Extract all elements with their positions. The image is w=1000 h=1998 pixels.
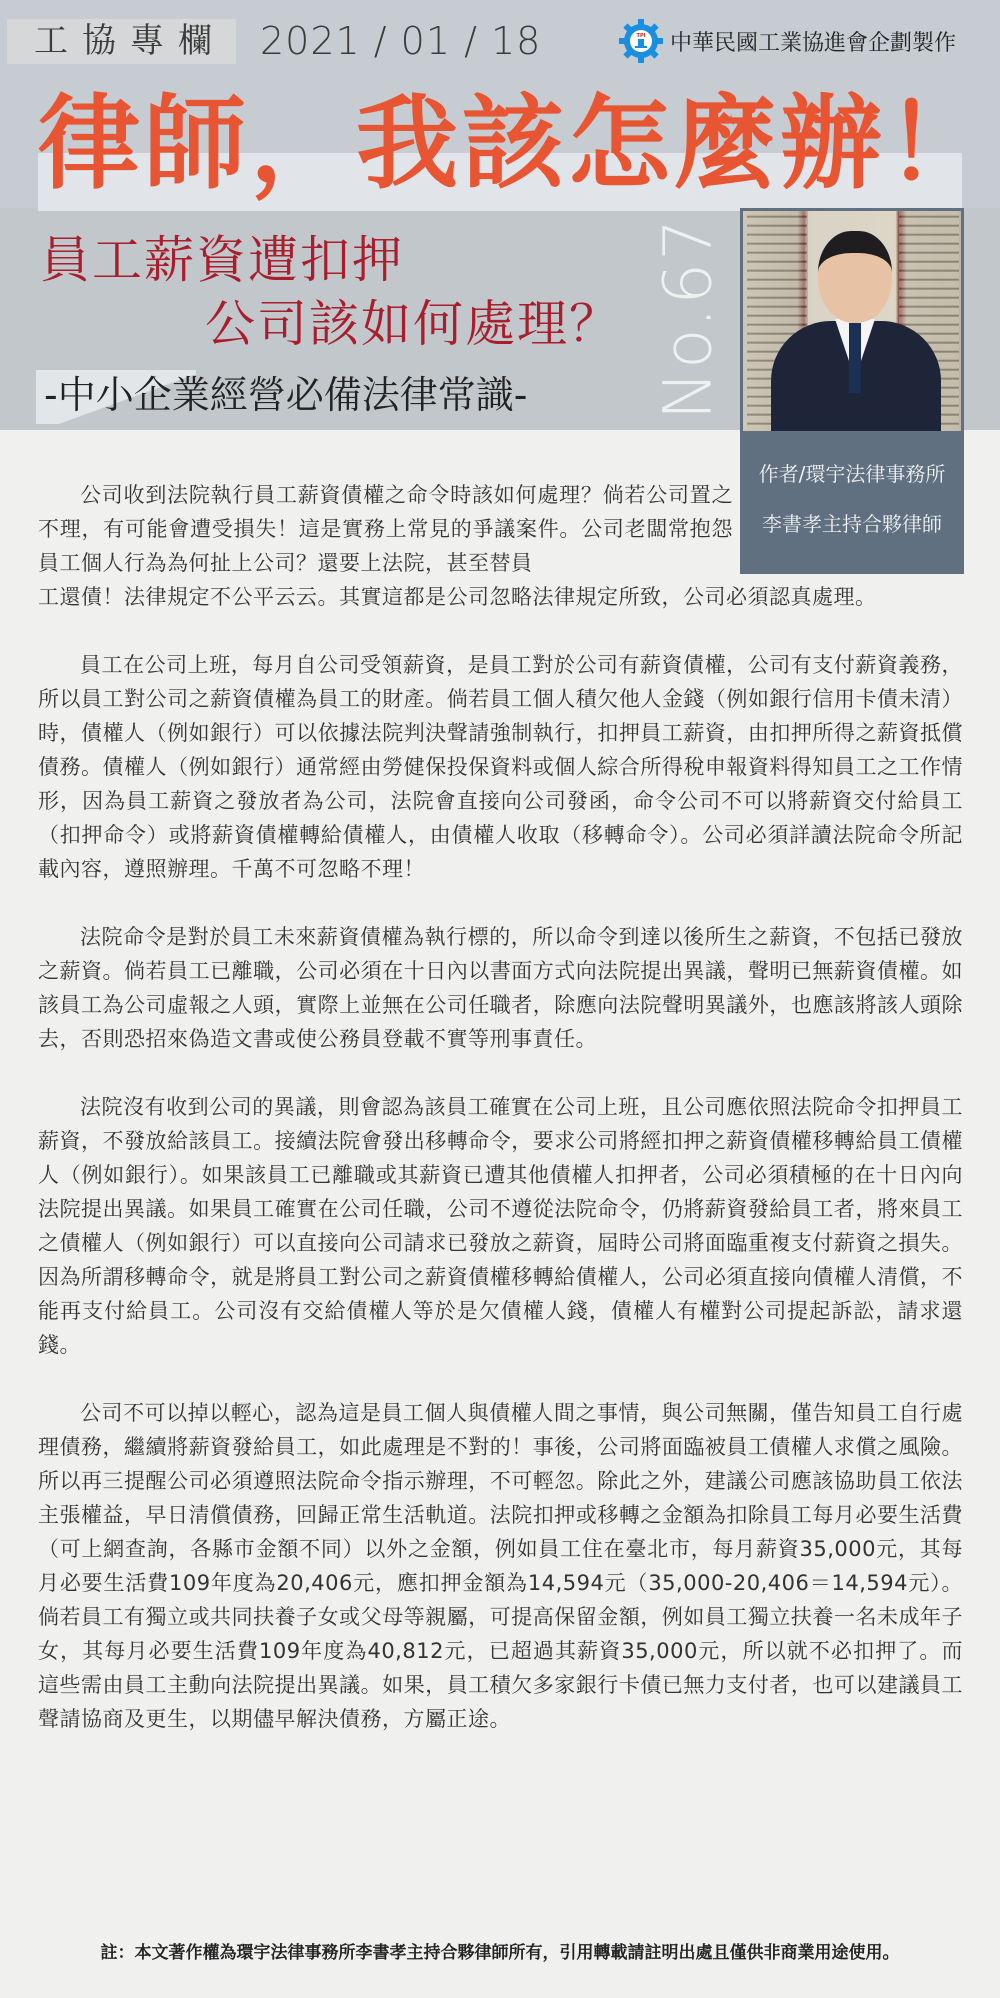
publish-date: 2021 / 01 / 18 xyxy=(260,19,541,64)
gear-logo-icon: TPI xyxy=(618,18,664,64)
article-paragraph-3: 法院命令是對於員工未來薪資債權為執行標的，所以命令到達以後所生之薪資，不包括已發… xyxy=(38,920,963,1056)
series-tagline: -中小企業經營必備法律常識- xyxy=(44,368,527,422)
copyright-footnote: 註：本文著作權為環宇法律事務所李書孝主持合夥律師所有，引用轉載請註明出處且僅供非… xyxy=(0,1938,1000,1963)
column-tag: 工協專欄 xyxy=(7,19,236,64)
article-paragraph-5: 公司不可以掉以輕心，認為這是員工個人與債權人間之事情，與公司無關，僅告知員工自行… xyxy=(38,1396,963,1736)
photo-tie xyxy=(849,323,861,393)
article-title-line1: 員工薪資遭扣押 xyxy=(40,228,404,292)
svg-text:TPI: TPI xyxy=(637,33,646,39)
article-paragraph-1: 公司收到法院執行員工薪資債權之命令時該如何處理？倘若公司置之不理，有可能會遭受損… xyxy=(38,478,733,580)
article-paragraph-4: 法院沒有收到公司的異議，則會認為該員工確實在公司上班，且公司應依照法院命令扣押員… xyxy=(38,1090,963,1362)
photo-head xyxy=(818,231,892,323)
main-title: 律師，我該怎麼辦！ xyxy=(38,80,978,210)
article-paragraph-1-tail: 工還債！法律規定不公平云云。其實這都是公司忽略法律規定所致，公司必須認真處理。 xyxy=(38,580,963,614)
issue-number: No.67 xyxy=(652,214,724,422)
issue-number-text: No.67 xyxy=(650,216,727,420)
article-body: 公司收到法院執行員工薪資債權之命令時該如何處理？倘若公司置之不理，有可能會遭受損… xyxy=(38,478,963,1770)
article-title-line2: 公司該如何處理？ xyxy=(205,292,621,356)
author-photo xyxy=(743,211,961,431)
article-paragraph-2: 員工在公司上班，每月自公司受領薪資，是員工對於公司有薪資債權，公司有支付薪資義務… xyxy=(38,648,963,886)
organization-name: 中華民國工業協進會企劃製作 xyxy=(670,26,956,57)
organization-credit: TPI 中華民國工業協進會企劃製作 xyxy=(618,18,956,64)
